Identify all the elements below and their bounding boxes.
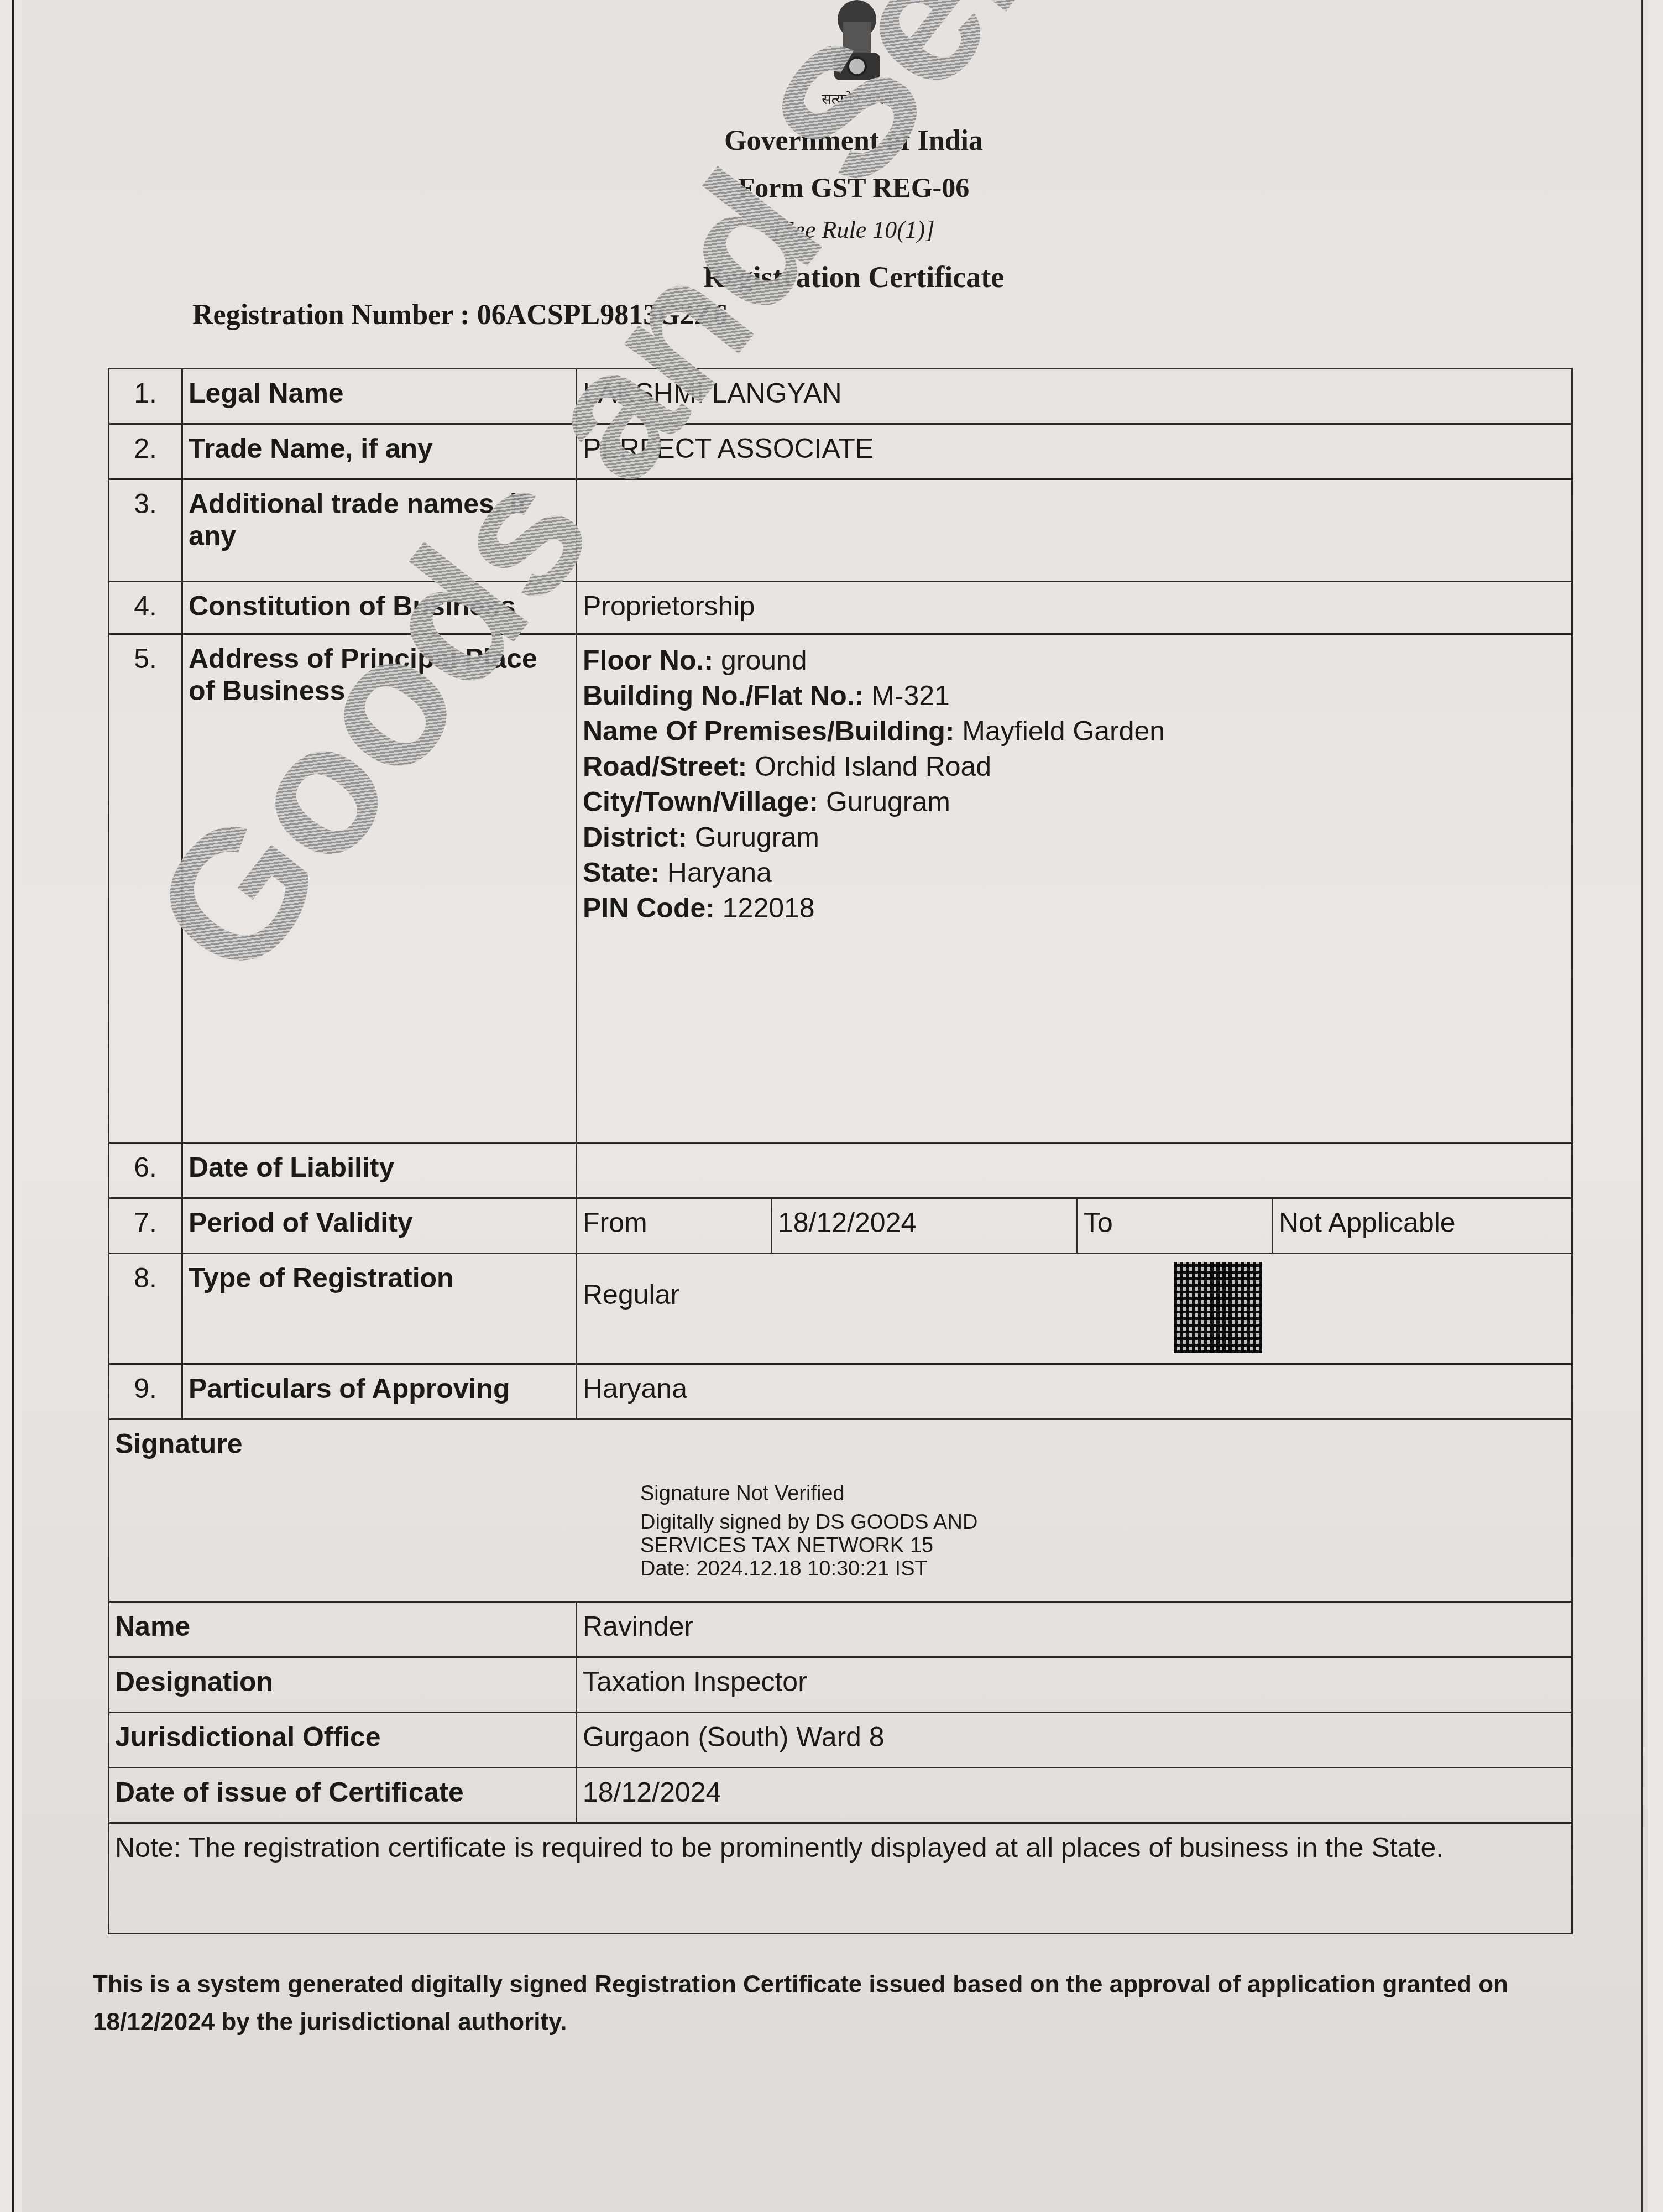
table-row: Jurisdictional Office Gurgaon (South) Wa… bbox=[109, 1713, 1572, 1768]
constitution-value: Proprietorship bbox=[577, 582, 1572, 634]
table-row: Date of issue of Certificate 18/12/2024 bbox=[109, 1768, 1572, 1823]
signature-label: Signature bbox=[115, 1428, 1566, 1460]
validity-from-label: From bbox=[577, 1198, 772, 1254]
table-row: 8. Type of Registration Regular bbox=[109, 1254, 1572, 1364]
digital-signature-block: Signature Not Verified Digitally signed … bbox=[640, 1482, 1566, 1580]
address-line: Name Of Premises/Building: Mayfield Gard… bbox=[583, 713, 1566, 749]
form-heading: Form GST REG-06 bbox=[22, 171, 1663, 204]
national-emblem-icon bbox=[813, 0, 901, 83]
registration-number-value: 06ACSPL9813G2Z6 bbox=[477, 299, 728, 331]
designation-value: Taxation Inspector bbox=[577, 1657, 1572, 1713]
table-row: Name Ravinder bbox=[109, 1602, 1572, 1657]
registration-number: Registration Number : 06ACSPL9813G2Z6 bbox=[192, 299, 728, 331]
table-row: 6. Date of Liability bbox=[109, 1143, 1572, 1198]
paper-edge bbox=[12, 0, 14, 2212]
officer-name-value: Ravinder bbox=[577, 1602, 1572, 1657]
date-of-liability-value bbox=[577, 1143, 1572, 1198]
table-row: 4. Constitution of Business Proprietorsh… bbox=[109, 582, 1572, 634]
emblem-motto: सत्यमेव जयते bbox=[807, 88, 907, 108]
validity-to-label: To bbox=[1078, 1198, 1273, 1254]
address-line: Road/Street: Orchid Island Road bbox=[583, 749, 1566, 784]
table-row: 3. Additional trade names, if any bbox=[109, 479, 1572, 582]
certificate-title: Registration Certificate bbox=[22, 260, 1663, 294]
table-row: 7. Period of Validity From 18/12/2024 To… bbox=[109, 1198, 1572, 1254]
address-line: Floor No.: ground bbox=[583, 643, 1566, 678]
address-line: District: Gurugram bbox=[583, 820, 1566, 855]
trade-name-value: PERFECT ASSOCIATE bbox=[577, 424, 1572, 479]
jurisdictional-office-value: Gurgaon (South) Ward 8 bbox=[577, 1713, 1572, 1768]
address-block: Floor No.: ground Building No./Flat No.:… bbox=[577, 634, 1572, 1143]
table-row: 2. Trade Name, if any PERFECT ASSOCIATE bbox=[109, 424, 1572, 479]
qr-code-icon bbox=[1174, 1262, 1262, 1353]
table-row: 1. Legal Name LAKSHMI LANGYAN bbox=[109, 369, 1572, 424]
registration-details-table: 1. Legal Name LAKSHMI LANGYAN 2. Trade N… bbox=[108, 368, 1573, 1934]
address-line: City/Town/Village: Gurugram bbox=[583, 784, 1566, 820]
note-row: Note: The registration certificate is re… bbox=[109, 1823, 1572, 1934]
additional-trade-names-value bbox=[577, 479, 1572, 582]
address-line: PIN Code: 122018 bbox=[583, 890, 1566, 926]
table-row: Designation Taxation Inspector bbox=[109, 1657, 1572, 1713]
address-line: State: Haryana bbox=[583, 855, 1566, 890]
system-generated-footer: This is a system generated digitally sig… bbox=[93, 1966, 1552, 2041]
signature-status: Signature Not Verified bbox=[640, 1482, 1566, 1505]
rule-reference: [See Rule 10(1)] bbox=[22, 216, 1663, 244]
approving-authority-value: Haryana bbox=[577, 1364, 1572, 1420]
display-note: Note: The registration certificate is re… bbox=[109, 1823, 1572, 1934]
government-heading: Government of India bbox=[22, 124, 1663, 157]
validity-from-value: 18/12/2024 bbox=[772, 1198, 1078, 1254]
legal-name-value: LAKSHMI LANGYAN bbox=[577, 369, 1572, 424]
table-row: 5. Address of Principal Place of Busines… bbox=[109, 634, 1572, 1143]
address-line: Building No./Flat No.: M-321 bbox=[583, 678, 1566, 713]
paper-edge bbox=[1641, 0, 1643, 2212]
validity-to-value: Not Applicable bbox=[1273, 1198, 1572, 1254]
table-row: 9. Particulars of Approving Haryana bbox=[109, 1364, 1572, 1420]
issue-date-value: 18/12/2024 bbox=[577, 1768, 1572, 1823]
signature-row: Signature Signature Not Verified Digital… bbox=[109, 1420, 1572, 1602]
registration-type-value: Regular bbox=[583, 1279, 679, 1311]
